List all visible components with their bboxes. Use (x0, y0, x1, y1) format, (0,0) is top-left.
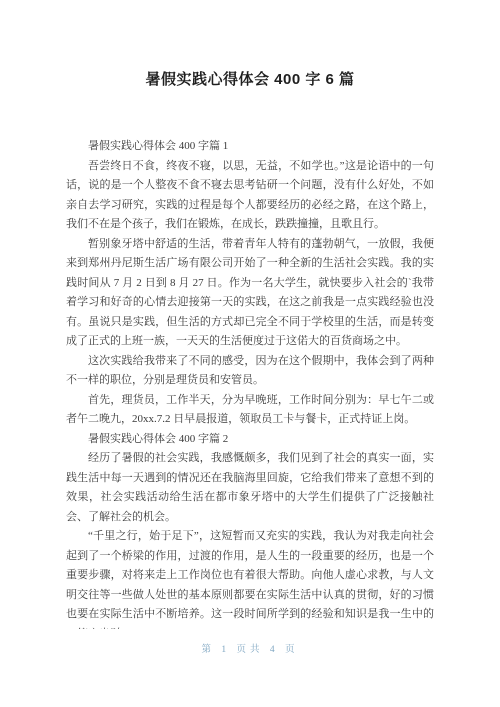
section-heading: 暑假实践心得体会 400 字篇 1 (66, 137, 434, 157)
paragraph: 这次实践给我带来了不同的感受，因为在这个假期中，我体会到了两种不一样的职位，分别… (66, 352, 434, 391)
paragraph: 吾尝终日不食，终夜不寝，以思，无益，不如学也。”这是论语中的一句话，说的是一个人… (66, 157, 434, 235)
paragraph: 经历了暑假的社会实践，我感慨颇多，我们见到了社会的真实一面，实践生活中每一天遇到… (66, 449, 434, 527)
page-number-footer: 第 1 页共 4 页 (0, 641, 500, 655)
section-heading: 暑假实践心得体会 400 字篇 2 (66, 430, 434, 450)
document-title: 暑假实践心得体会 400 字 6 篇 (0, 68, 500, 89)
document-body: 暑假实践心得体会 400 字篇 1 吾尝终日不食，终夜不寝，以思，无益，不如学也… (66, 137, 434, 629)
paragraph: 首先，理货员，工作半天，分为早晚班，工作时间分别为：早七午二或者午二晚九，20x… (66, 391, 434, 430)
paragraph: 暂别象牙塔中舒适的生活，带着青年人特有的蓬勃朝气，一放假，我便来到郑州丹尼斯生活… (66, 235, 434, 352)
document-page: 暑假实践心得体会 400 字 6 篇 暑假实践心得体会 400 字篇 1 吾尝终… (0, 0, 500, 707)
paragraph: “千里之行，始于足下”，这短暂而又充实的实践，我认为对我走向社会起到了一个桥梁的… (66, 527, 434, 629)
